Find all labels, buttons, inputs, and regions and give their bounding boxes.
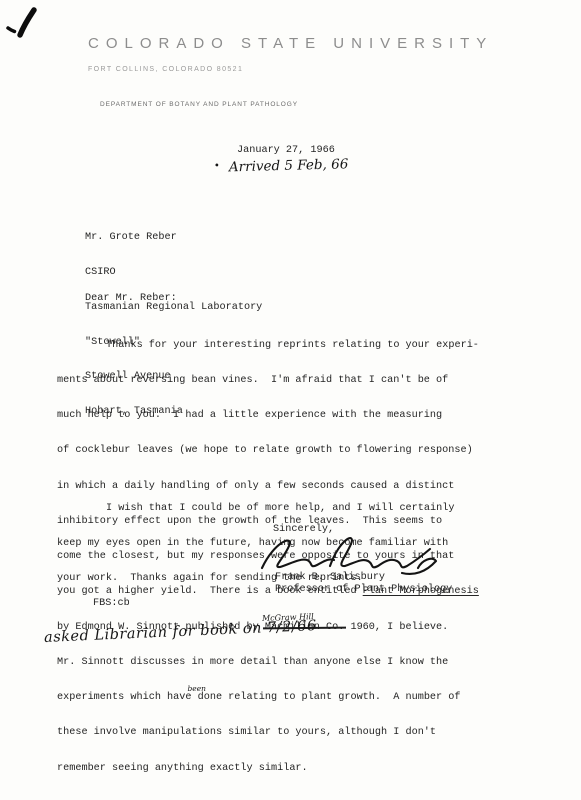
arrived-note-text: Arrived 5 Feb, 66 (229, 156, 349, 175)
body-line: these involve manipulations similar to y… (57, 727, 539, 739)
handwritten-arrived-note: •Arrived 5 Feb, 66 (214, 155, 349, 176)
salutation: Dear Mr. Reber: (85, 293, 177, 305)
pen-checkmark-icon (4, 6, 50, 46)
body-line: experiments which havebeen done relating… (57, 692, 539, 704)
body-text: done relating to plant growth. A number … (192, 692, 461, 703)
handwritten-word-insertion: been (188, 685, 207, 693)
body-line: remember seeing anything exactly similar… (57, 763, 539, 775)
body-line: Mr. Sinnott discusses in more detail tha… (57, 657, 539, 669)
body-line: much help to you. I had a little experie… (57, 410, 539, 422)
letterhead-address: FORT COLLINS, COLORADO 80521 (88, 64, 243, 76)
annotation-bullet: • (214, 159, 220, 174)
letterhead-department: DEPARTMENT OF BOTANY AND PLANT PATHOLOGY (100, 99, 298, 111)
body-line: I wish that I could be of more help, and… (57, 503, 539, 515)
recipient-line: Mr. Grote Reber (85, 232, 262, 244)
scanned-letter-page: COLORADO STATE UNIVERSITY FORT COLLINS, … (0, 0, 581, 800)
body-text: experiments which have (57, 692, 192, 703)
recipient-line: CSIRO (85, 267, 262, 279)
body-line: of cocklebur leaves (we hope to relate g… (57, 445, 539, 457)
body-text: 1960, I believe. (344, 622, 448, 633)
letterhead-university-name: COLORADO STATE UNIVERSITY (88, 38, 493, 50)
signature-frank-salisbury (256, 530, 444, 578)
sender-typed-title: Professor of Plant Physiology (275, 584, 452, 596)
body-line: Thanks for your interesting reprints rel… (57, 340, 539, 352)
body-line: ments about reversing bean vines. I'm af… (57, 375, 539, 387)
reference-initials: FBS:cb (93, 598, 130, 610)
sender-typed-name: Frank B. Salisbury (275, 572, 385, 584)
